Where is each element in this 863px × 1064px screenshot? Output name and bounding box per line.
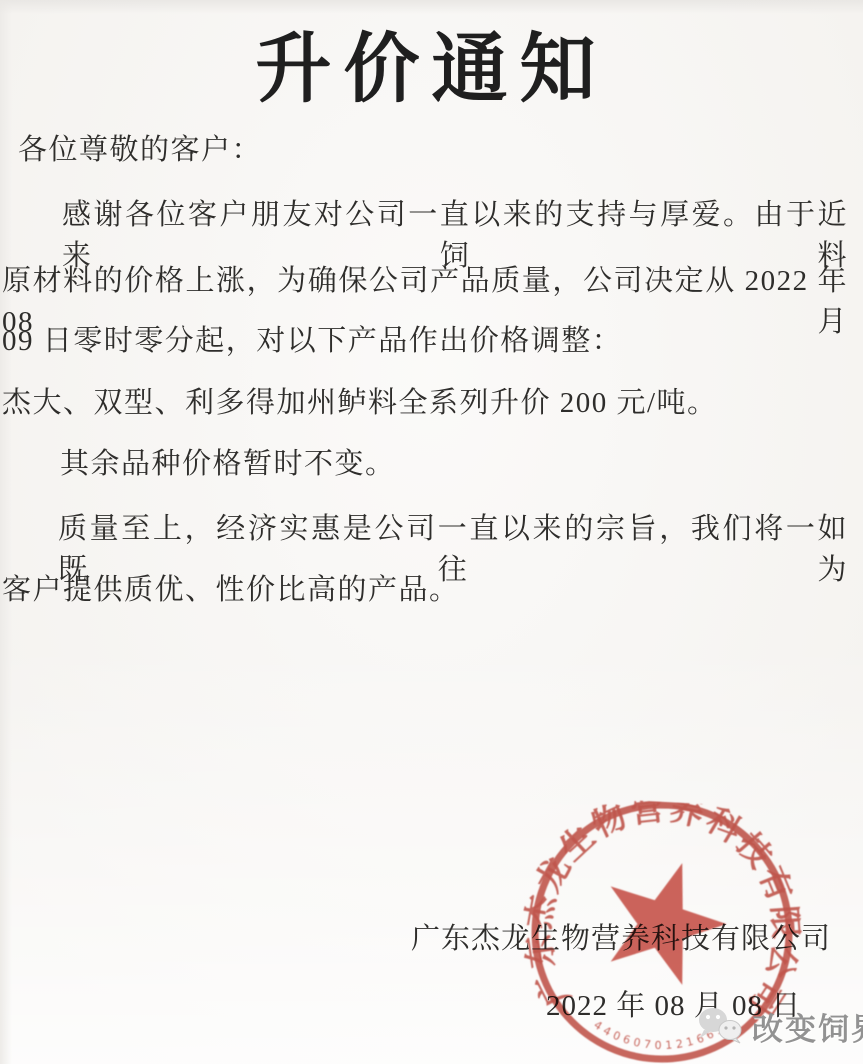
body-line: 其余品种价格暂时不变。: [60, 441, 396, 482]
watermark-label: 改变饲界: [752, 1004, 863, 1049]
watermark: 改变饲界: [698, 1004, 863, 1049]
page-title: 升价通知: [0, 8, 863, 117]
body-line: 09 日零时零分起，对以下产品作出价格调整：: [2, 318, 622, 359]
body-line: 杰大、双型、利多得加州鲈料全系列升价 200 元/吨。: [2, 380, 718, 421]
salutation: 各位尊敬的客户：: [18, 127, 262, 168]
body-line: 客户提供质优、性价比高的产品。: [2, 567, 460, 608]
page-title-text: 升价通知: [256, 28, 608, 112]
star-icon: [589, 844, 741, 992]
document-page: 升价通知 各位尊敬的客户： 感谢各位客户朋友对公司一直以来的支持与厚爱。由于近来…: [0, 0, 863, 1064]
wechat-icon: [698, 1007, 744, 1047]
